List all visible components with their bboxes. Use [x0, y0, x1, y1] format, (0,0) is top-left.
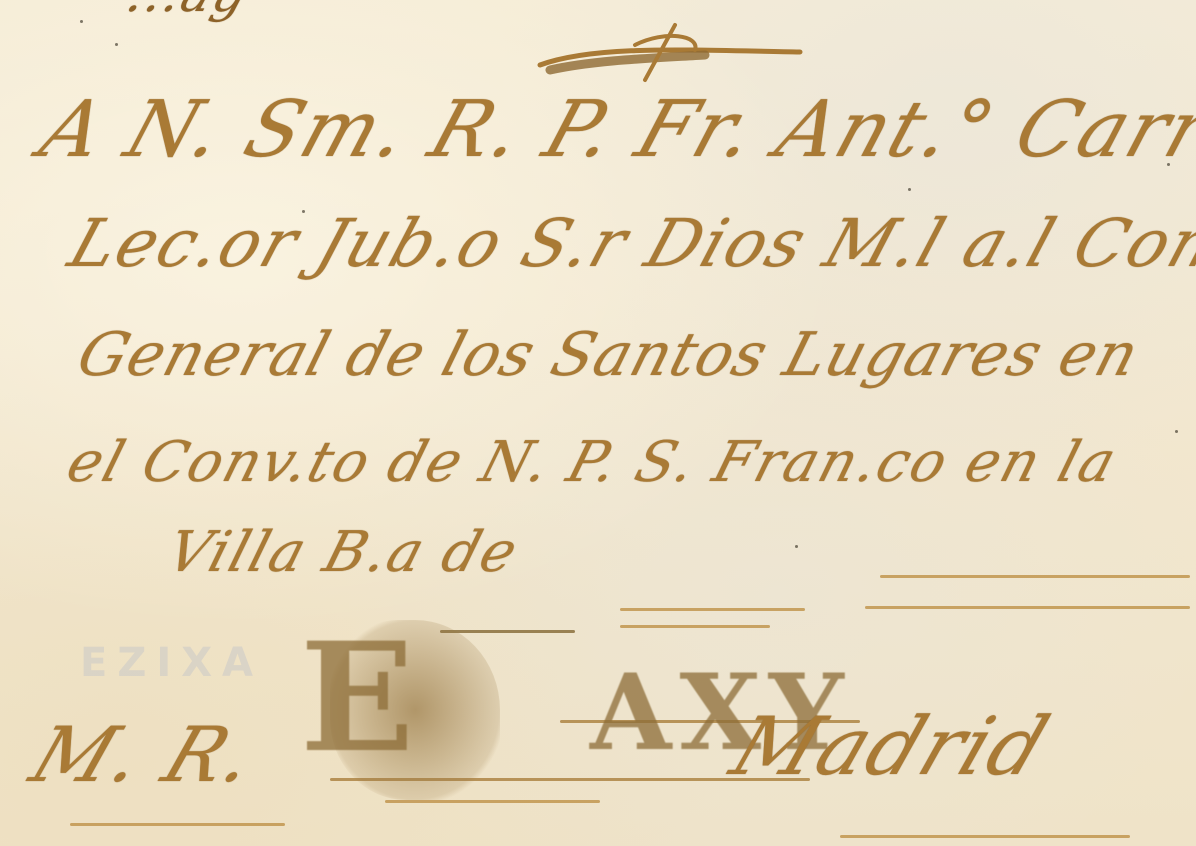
address-honorific: M. R.: [20, 710, 270, 799]
top-fragment: ...ag: [120, 0, 258, 23]
ink-speck: [80, 20, 83, 23]
underline-stroke: [385, 800, 600, 803]
blind-stamp: EZIXA: [80, 640, 263, 686]
address-line-1: A N. Sm. R. P. Fr. Ant.° Carrillo: [30, 85, 1196, 175]
underline-stroke: [620, 608, 805, 611]
underline-stroke: [440, 630, 575, 633]
ink-speck: [908, 188, 911, 191]
ink-speck: [1175, 430, 1178, 433]
underline-stroke: [880, 575, 1190, 578]
underline-stroke: [70, 823, 285, 826]
ink-speck: [795, 545, 798, 548]
ink-speck: [115, 43, 118, 46]
address-line-5: Villa B.a de: [160, 520, 526, 585]
address-line-4: el Conv.to de N. P. S. Fran.co en la: [60, 430, 1125, 495]
address-line-3: General de los Santos Lugares en: [70, 320, 1147, 390]
postal-stamp-left: E: [300, 610, 414, 786]
underline-stroke: [865, 606, 1190, 609]
address-line-2: Lec.or Jub.o S.r Dios M.l a.l Comis.o: [60, 205, 1196, 282]
underline-stroke: [620, 625, 770, 628]
address-city: Madrid: [720, 700, 1062, 793]
underline-stroke: [840, 835, 1130, 838]
flourish-ornament: [535, 20, 815, 90]
